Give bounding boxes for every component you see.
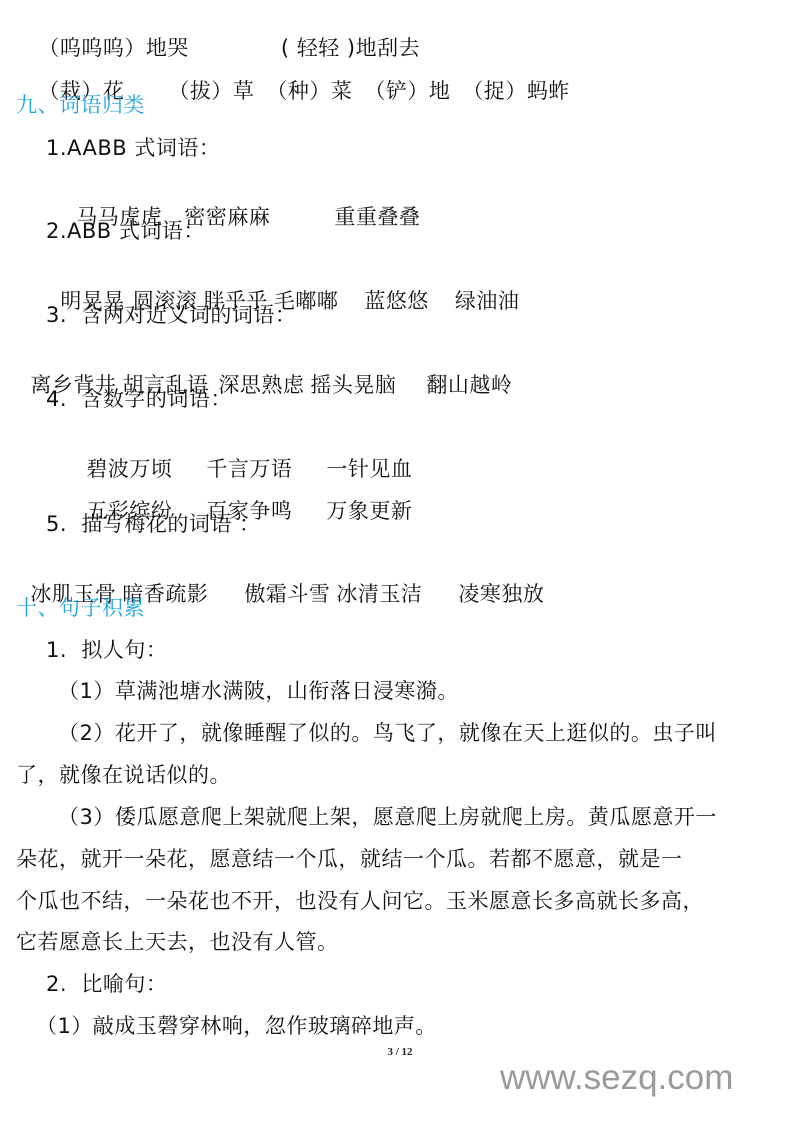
word: 万象更新 — [326, 499, 412, 523]
word: 凌寒独放 — [458, 582, 544, 606]
phrase: （捉）蚂蚱 — [462, 79, 570, 103]
sentence-item-3-line-2: 朵花，就开一朵花，愿意结一个瓜，就结一个瓜。若都不愿意，就是一 — [16, 845, 683, 873]
subsection-label-numbers: 4. 含数字的词语： — [46, 385, 232, 413]
word: 蓝悠悠 — [364, 289, 429, 313]
phrase: （拔）草 — [168, 79, 254, 103]
word: 冰清玉洁 — [336, 582, 422, 606]
page-number: 3 / 12 — [0, 1046, 800, 1058]
section-heading-9: 九、词语归类 — [16, 91, 145, 119]
subsection-label-aabb: 1.AABB 式词语： — [46, 134, 220, 162]
watermark: www.sezq.com — [500, 1058, 733, 1098]
sentence-item-2-line-2: 了，就像在说话似的。 — [16, 761, 231, 789]
sentence-item-3-line-1: （3）倭瓜愿意爬上架就爬上架，愿意爬上房就爬上房。黄瓜愿意开一 — [58, 803, 717, 831]
subsection-label-simile: 2. 比喻句： — [46, 970, 167, 998]
sentence-item-3-line-3: 个瓜也不结，一朵花也不开，也没有人问它。玉米愿意长多高就长多高， — [16, 887, 704, 915]
word: 翻山越岭 — [426, 373, 512, 397]
word: 绿油油 — [455, 289, 520, 313]
sentence-item-2-line-1: （2）花开了，就像睡醒了似的。鸟飞了，就像在天上逛似的。虫子叫 — [58, 719, 717, 747]
section-heading-10: 十、句子积累 — [16, 594, 145, 622]
sentence-simile-item-1: （1）敲成玉磬穿林响，忽作玻璃碎地声。 — [36, 1012, 437, 1040]
subsection-label-personification: 1. 拟人句： — [46, 636, 167, 664]
subsection-label-abb: 2.ABB 式词语： — [46, 217, 205, 245]
word: 傲霜斗雪 — [244, 582, 330, 606]
subsection-label-synonyms: 3. 含两对近义词的词语： — [46, 301, 296, 329]
sentence-item-3-line-4: 它若愿意长上天去，也没有人管。 — [16, 928, 339, 956]
word: 摇头晃脑 — [310, 373, 396, 397]
phrase: （铲）地 — [364, 79, 450, 103]
subsection-label-plum: 5. 描写梅花的词语 ： — [46, 510, 261, 538]
word: 重重叠叠 — [334, 205, 420, 229]
phrase: （种）菜 — [266, 79, 352, 103]
sentence-item-1: （1）草满池塘水满陂，山衔落日浸寒漪。 — [58, 677, 459, 705]
